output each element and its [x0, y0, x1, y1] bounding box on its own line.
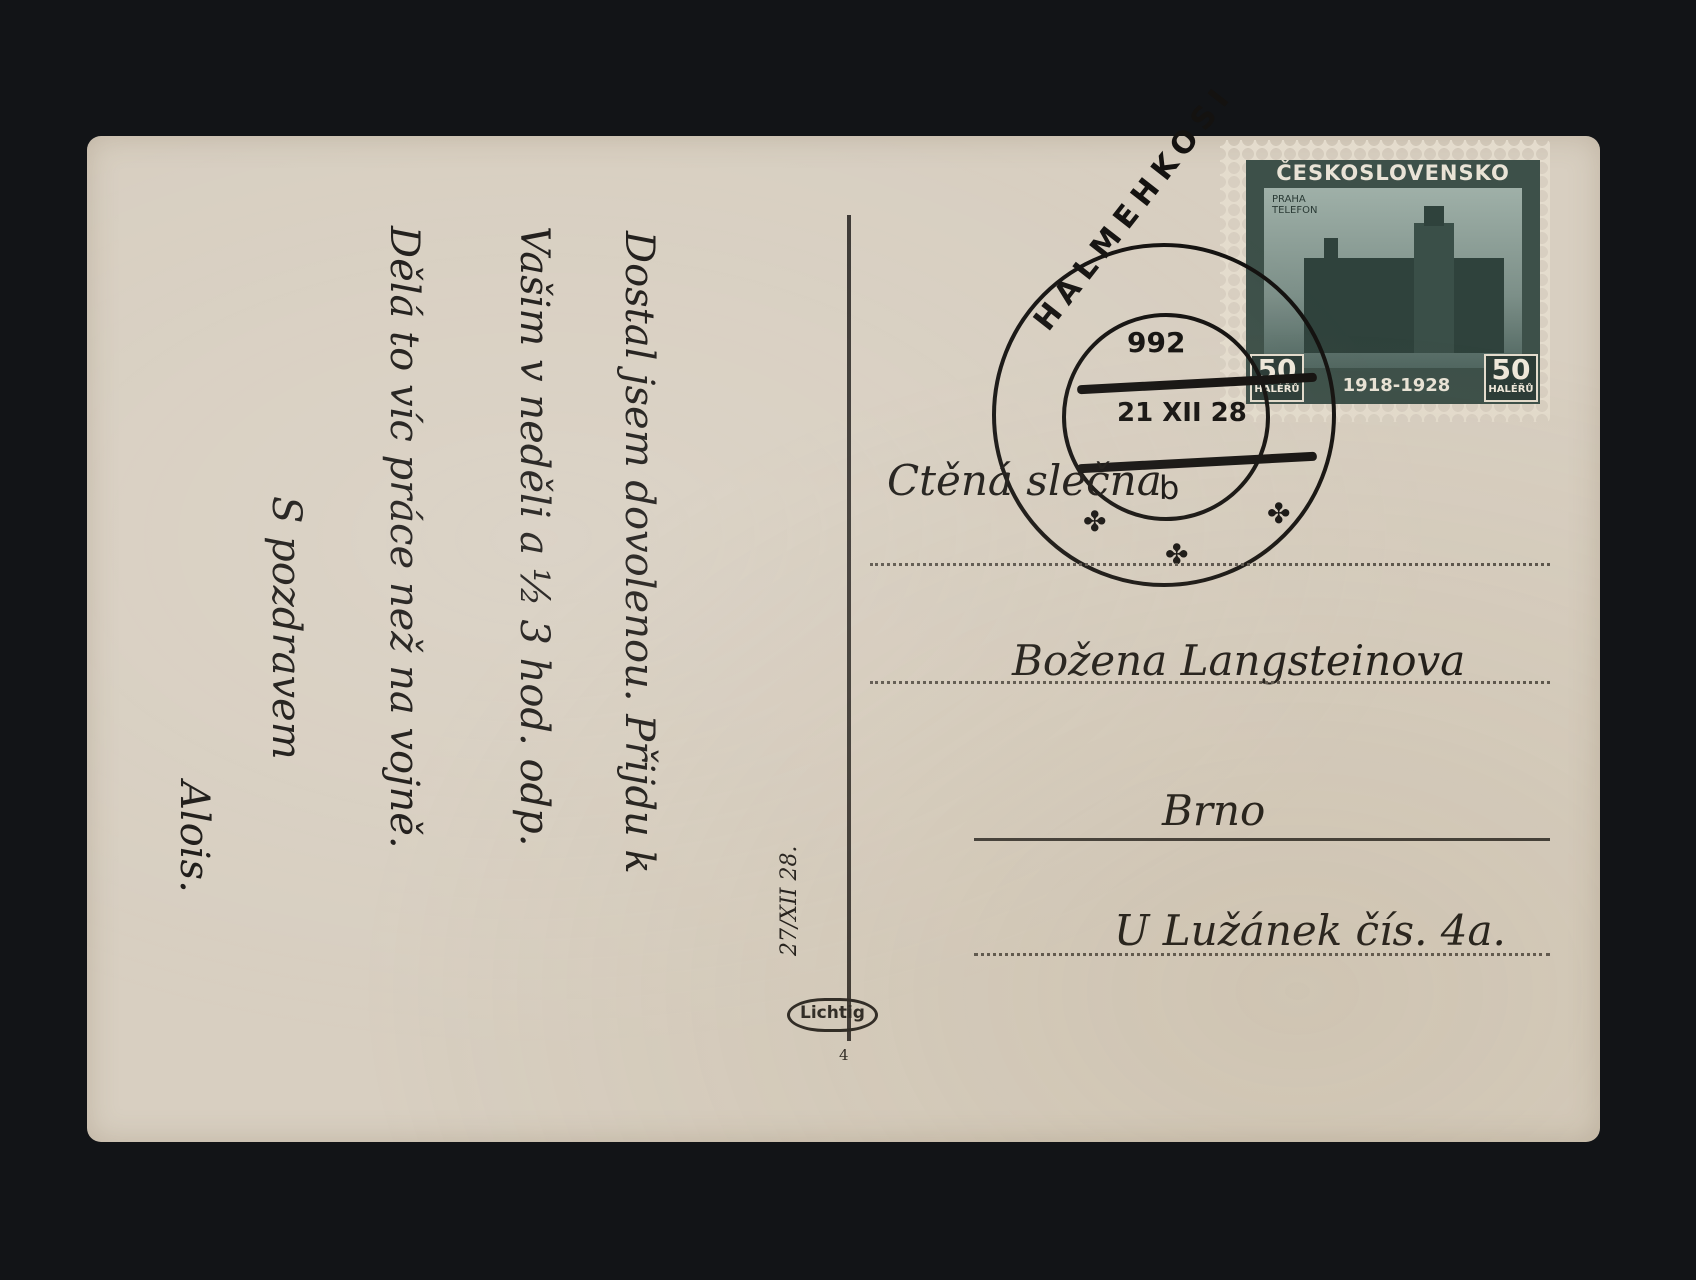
address-line-3 — [974, 838, 1550, 841]
message-signature: Alois. — [171, 781, 217, 893]
stamp-country: ČESKOSLOVENSKO — [1246, 160, 1540, 186]
address-line-1 — [870, 563, 1550, 566]
stamp-caption: PRAHATELEFON — [1272, 194, 1317, 216]
message-line-2: Vašim v neděli a ½ 3 hod. odp. — [511, 226, 557, 846]
message-greeting: S pozdravem — [263, 496, 309, 760]
message-line-3: Dělá to víc práce než na vojně. — [381, 226, 427, 849]
address-city: Brno — [1162, 786, 1265, 835]
address-line-2 — [870, 681, 1550, 684]
message-line-1: Dostal jsem dovolenou. Přijdu k — [616, 231, 662, 874]
address-street: U Lužánek čís. 4a. — [1114, 906, 1506, 955]
postmark-letter: b — [1159, 469, 1179, 507]
divider-line — [847, 215, 851, 1041]
postmark-number: 992 — [1127, 326, 1185, 359]
address-name: Božena Langsteinova — [1012, 636, 1465, 685]
stamp-value-right: 50 HALÉŘŮ — [1484, 354, 1538, 402]
publisher-number: 4 — [839, 1046, 849, 1064]
address-line-4 — [974, 953, 1550, 956]
postmark-date: 21 XII 28 — [1117, 398, 1247, 428]
stamp-years: 1918-1928 — [1309, 374, 1484, 398]
clover-icon: ✤ — [1267, 500, 1290, 528]
postcard: Dostal jsem dovolenou. Přijdu k Vašim v … — [87, 136, 1600, 1142]
date-note: 27/XII 28. — [777, 846, 802, 956]
address-salutation: Ctěná slečna — [887, 456, 1162, 505]
publisher-logo: Lichtig — [787, 998, 878, 1032]
clover-icon: ✤ — [1083, 508, 1106, 536]
